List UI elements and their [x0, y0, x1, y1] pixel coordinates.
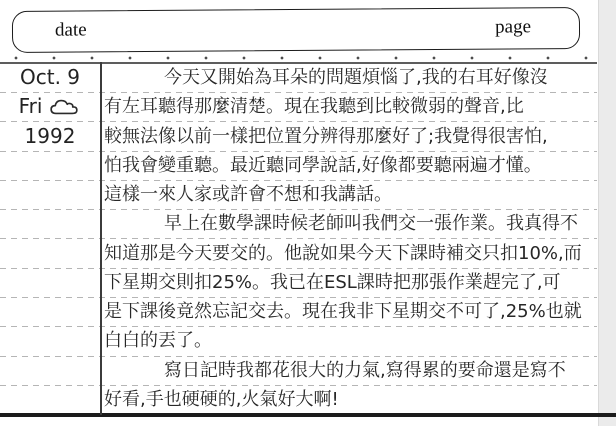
- date-value: Oct. 9: [0, 63, 100, 92]
- diary-line: 好看,手也硬硬的,火氣好大啊!: [104, 385, 594, 414]
- page-label: page: [495, 16, 531, 38]
- diary-line: 這樣一來人家或許會不想和我講話。: [104, 180, 594, 209]
- diary-line: 知道那是今天要交的。他說如果今天下課時補交只扣10%,而: [104, 239, 594, 268]
- stitch-dots: [14, 56, 594, 60]
- year-value: 1992: [0, 122, 100, 151]
- diary-line: 下星期交則扣25%。我已在ESL課時把那張作業趕完了,可: [104, 268, 594, 297]
- diary-body: 今天又開始為耳朵的問題煩惱了,我的右耳好像沒 有左耳聽得那麼清楚。現在我聽到比較…: [104, 63, 594, 414]
- diary-line: 是下課後竟然忘記交去。現在我非下星期交不可了,25%也就: [104, 297, 594, 326]
- date-column-divider: [100, 62, 102, 415]
- cloud-icon: [47, 96, 81, 118]
- date-column: Oct. 9 Fri 1992: [0, 63, 100, 151]
- diary-line: 白白的丟了。: [104, 326, 594, 355]
- weekday-value: Fri: [19, 92, 43, 121]
- diary-line: 早上在數學課時候老師叫我們交一張作業。我真得不: [104, 209, 594, 238]
- diary-line: 有左耳聽得那麼清楚。現在我聽到比較微弱的聲音,比: [104, 92, 594, 121]
- diary-line: 較無法像以前一樣把位置分辨得那麼好了;我覺得很害怕,: [104, 122, 594, 151]
- diary-line: 怕我會變重聽。最近聽同學說話,好像都要聽兩遍才懂。: [104, 151, 594, 180]
- date-label: date: [55, 19, 87, 41]
- scan-edge-strip: [598, 0, 616, 426]
- header-box: date page: [12, 7, 580, 53]
- diary-line: 寫日記時我都花很大的力氣,寫得累的要命還是寫不: [104, 356, 594, 385]
- weekday-row: Fri: [0, 92, 100, 121]
- diary-line: 今天又開始為耳朵的問題煩惱了,我的右耳好像沒: [104, 63, 594, 92]
